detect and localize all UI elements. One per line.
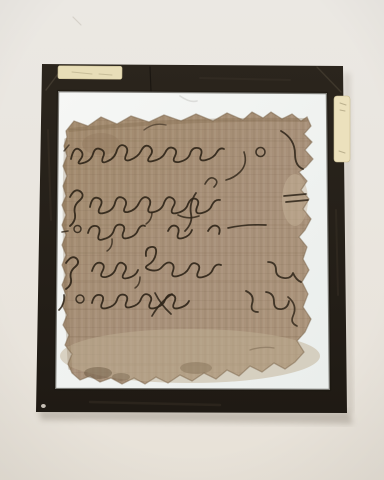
photo-vignette bbox=[0, 0, 384, 480]
photo-canvas bbox=[0, 0, 384, 480]
framed-papyrus-photo bbox=[0, 0, 384, 480]
